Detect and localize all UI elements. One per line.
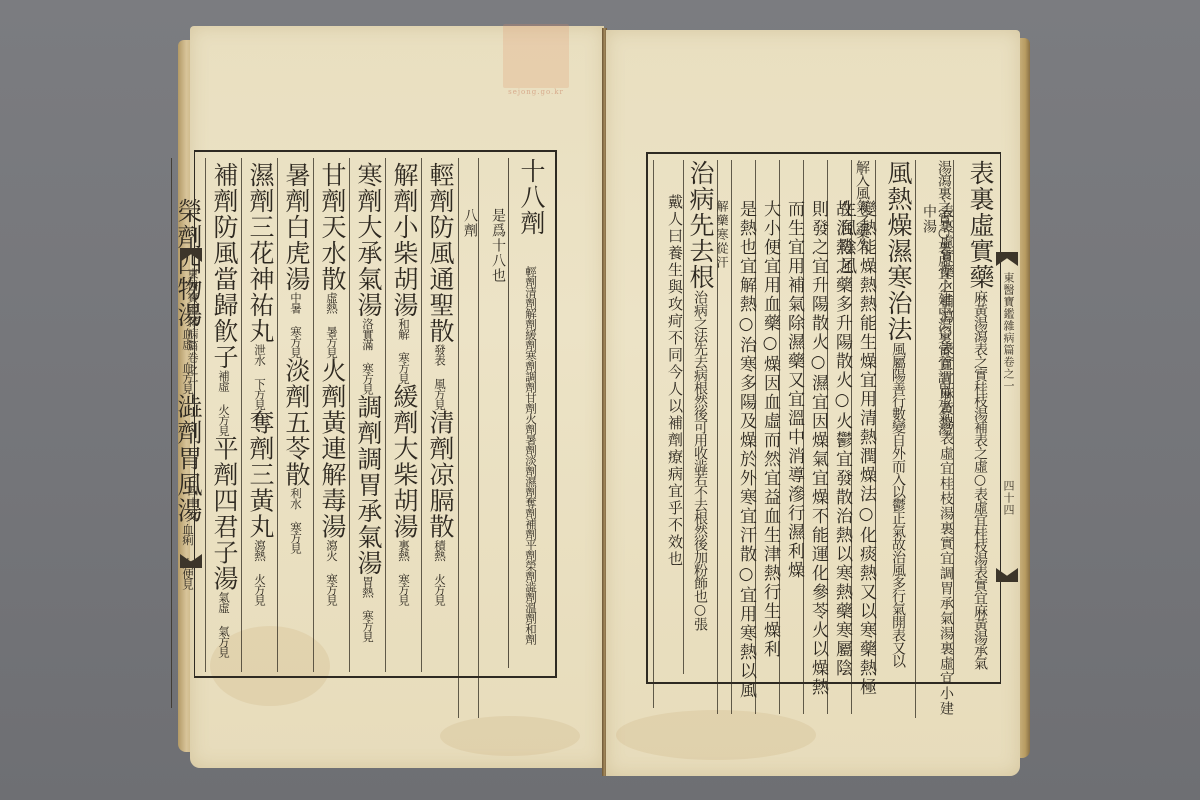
body-text: 而生宜用補氣除濕藥又宜溫中消導滲行濕利燥 <box>784 200 804 580</box>
formula-note: 胃熱 寒方見 <box>361 576 375 642</box>
formula-note: 虛熱 暑方見 <box>325 292 339 358</box>
column-text: 故治熱之藥多升陽散火○火鬱宜發散治熱以寒熱藥寒屬陰 <box>827 160 852 714</box>
formula-name: 奪劑三黃丸 <box>246 410 275 540</box>
column-text: 則發之宜升陽散火○濕宜因燥氣宜燥不能運化參苓火以燥熱 <box>803 160 828 714</box>
formula-name: 火劑黃連解毒湯 <box>318 358 347 540</box>
column-section-wind-heat: 風熱燥濕寒治法風屬陽善行數變自外而入以鬱正氣故治風多行氣開表又以解入風氣之藥久 <box>875 160 916 674</box>
right-page-number: 四十四 <box>1000 480 1016 528</box>
section-heading: 治病先去根 <box>686 160 715 290</box>
formula-name: 淡劑五苓散 <box>282 358 311 488</box>
formula-note: 中暑 寒方見 <box>289 292 303 358</box>
formula-note: 氣虛 氣方見 <box>217 592 231 658</box>
paper-stain <box>440 716 580 756</box>
body-text: 大小便宜用血藥○燥因血虛而然宜益血生津熱行生燥利 <box>760 200 780 659</box>
column-section-exterior-interior: 表裏虛實藥麻黃湯瀉表之實桂枝湯補表之虛○表虛宜桂枝湯表實宜麻黃湯承氣湯瀉裏之實○… <box>953 160 998 674</box>
seal-caption: sejong.go.kr <box>503 88 569 96</box>
column-note-exterior-interior: 表裏虛實藥之補瀉○表實宜麻黃湯表虛宜桂枝湯裏實宜調胃承氣湯裏虛宜小建中湯 <box>915 160 954 718</box>
note-text: 是爲十八也 <box>490 208 506 283</box>
column-text: 是熱也宜解熱○治寒多陽及燥於外寒宜汗散○宜用寒熱以風 <box>731 160 756 714</box>
column-text: 而生宜用補氣除濕藥又宜溫中消導滲行濕利燥 <box>779 160 804 714</box>
column-section-treat-root: 治病先去根治病之法先去病根然後可用收澁若不去根然後加粉飾也○張 <box>683 160 718 674</box>
heading-subtext: 輕劑清劑解劑緩劑寒劑調劑甘劑火劑暑劑淡劑濕劑奪劑補劑平劑榮劑澁劑溫劑和劑 <box>524 266 538 644</box>
body-text: 戴人曰養生與攻疴不同今人以補劑療病宜乎不效也 <box>666 194 684 568</box>
formula-name: 輕劑防風通聖散 <box>426 162 455 344</box>
note-text: 八劑 <box>462 208 478 238</box>
body-text: 故治熱之藥多升陽散火○火鬱宜發散治熱以寒熱藥寒屬陰 <box>832 200 852 678</box>
body-text: 則發之宜升陽散火○濕宜因燥氣宜燥不能運化參苓火以燥熱 <box>808 200 828 697</box>
section-heading: 風熱燥濕寒治法 <box>884 160 913 342</box>
formula-name: 寒劑大承氣湯 <box>354 162 383 318</box>
column-formula-1: 輕劑防風通聖散發表 風方見清劑凉膈散積熱 火方見 <box>421 158 458 672</box>
column-formula-3: 寒劑大承氣湯洛實滿 寒方見調劑調胃承氣湯胃熱 寒方見 <box>349 158 386 672</box>
paper-stain <box>616 710 816 760</box>
column-formula-7: 補劑防風當歸飮子補虛 火方見平劑四君子湯氣虛 氣方見 <box>205 158 242 672</box>
column-note-eight: 八劑 <box>458 158 479 718</box>
formula-name: 清劑凉膈散 <box>426 410 455 540</box>
formula-name: 濕劑三花神祐丸 <box>246 162 275 344</box>
body-text: 是熱也宜解熱○治寒多陽及燥於外寒宜汗散○宜用寒熱以風 <box>736 200 756 700</box>
formula-name: 調劑調胃承氣湯 <box>354 394 383 576</box>
formula-name: 甘劑天水散 <box>318 162 347 292</box>
column-note-zhang-dairen: 戴人曰養生與攻疴不同今人以補劑療病宜乎不效也 <box>653 160 684 708</box>
section-heading: 表裏虛實藥 <box>966 160 995 290</box>
formula-name: 解劑小柴胡湯 <box>390 162 419 318</box>
column-text: 大小便宜用血藥○燥因血虛而然宜益血生津熱行生燥利 <box>755 160 780 714</box>
formula-note: 補虛 火方見 <box>217 370 231 436</box>
formula-note: 裏熱 寒方見 <box>397 540 411 606</box>
column-text: 變熱能燥熱熱能生燥宜用清熱潤燥法○化痰熱又以寒藥熱極生風陰風 <box>851 160 876 714</box>
formula-name: 補劑防風當歸飮子 <box>210 162 239 370</box>
column-text: 解藥寒從汗 <box>717 160 732 714</box>
formula-note: 瀉火 寒方見 <box>325 540 339 606</box>
formula-note: 利水 寒方見 <box>289 488 303 554</box>
left-center-strip-title: 東醫寶鑑雜病篇卷之一 <box>184 268 200 398</box>
formula-name: 平劑四君子湯 <box>210 436 239 592</box>
formula-note: 泄水 下方見 <box>253 344 267 410</box>
column-formula-6: 濕劑三花神祐丸泄水 下方見奪劑三黃丸瀉熱 火方見 <box>241 158 278 672</box>
column-formula-8: 榮劑四物湯血虛 血方見澁劑胃風湯血痢 大便見 <box>171 158 206 708</box>
left-page-number: 四十五 <box>184 485 200 535</box>
column-formula-5: 暑劑白虎湯中暑 寒方見淡劑五苓散利水 寒方見 <box>277 158 314 672</box>
column-note-eighteen: 是爲十八也 <box>478 158 507 718</box>
heading-main: 十八劑 <box>517 158 546 236</box>
column-heading-eighteen-formulas: 十八劑 輕劑清劑解劑緩劑寒劑調劑甘劑火劑暑劑淡劑濕劑奪劑補劑平劑榮劑澁劑溫劑和劑 <box>508 158 549 668</box>
right-page-frame: 表裏虛實藥麻黃湯瀉表之實桂枝湯補表之虛○表虛宜桂枝湯表實宜麻黃湯承氣湯瀉裏之實○… <box>646 152 1001 684</box>
section-text: 治病之法先去病根然後可用收澁若不去根然後加粉飾也○張 <box>692 290 708 630</box>
formula-note: 和解 寒方見 <box>397 318 411 384</box>
left-page-frame: 十八劑 輕劑清劑解劑緩劑寒劑調劑甘劑火劑暑劑淡劑濕劑奪劑補劑平劑榮劑澁劑溫劑和劑… <box>194 150 557 678</box>
right-center-strip-title: 東醫寶鑑雜病篇卷之一 <box>1000 272 1016 392</box>
library-seal <box>503 24 569 88</box>
formula-note: 瀉熱 火方見 <box>253 540 267 606</box>
formula-note: 積熱 火方見 <box>433 540 447 606</box>
note-text: 表裏虛實藥之補瀉○表實宜麻黃湯表虛宜桂枝湯裏實宜調胃承氣湯裏虛宜小建中湯 <box>921 204 954 716</box>
formula-name: 緩劑大柴胡湯 <box>390 384 419 540</box>
column-formula-4: 甘劑天水散虛熱 暑方見火劑黃連解毒湯瀉火 寒方見 <box>313 158 350 672</box>
column-formula-2: 解劑小柴胡湯和解 寒方見緩劑大柴胡湯裏熱 寒方見 <box>385 158 422 672</box>
formula-note: 發表 風方見 <box>433 344 447 410</box>
formula-note: 洛實滿 寒方見 <box>361 318 375 394</box>
formula-name: 暑劑白虎湯 <box>282 162 311 292</box>
